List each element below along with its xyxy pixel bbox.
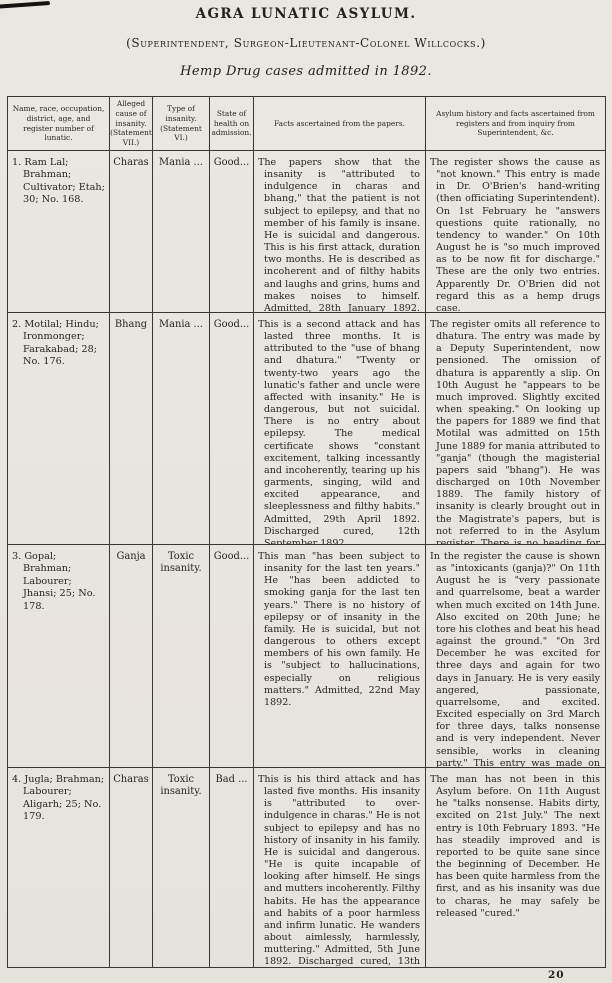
case-4-name: 4. Jugla; Brahman; Labourer; Aligarh; 25…: [8, 768, 110, 967]
case-1-health: Good...: [210, 151, 254, 313]
case-1-cause: Charas: [110, 151, 153, 313]
case-1-history: The register shows the cause as "not kno…: [426, 151, 605, 313]
case-4-cause: Charas: [110, 768, 153, 967]
case-3-history: In the register the cause is shown as "i…: [426, 545, 605, 768]
column-header-history: Asylum history and facts ascertained fro…: [426, 97, 605, 151]
column-header-name: Name, race, occupation, district, age, a…: [8, 97, 110, 151]
case-3-facts: This man "has been subject to insanity f…: [254, 545, 426, 768]
column-header-facts: Facts ascertained from the papers.: [254, 97, 426, 151]
page-caption: Hemp Drug cases admitted in 1892.: [0, 64, 612, 79]
case-2-health: Good...: [210, 313, 254, 545]
case-4-history: The man has not been in this Asylum befo…: [426, 768, 605, 967]
case-4-type: Toxic insanity.: [153, 768, 210, 967]
case-2-history: The register omits all reference to dhat…: [426, 313, 605, 545]
cases-table: Name, race, occupation, district, age, a…: [7, 96, 606, 968]
case-4-facts: This is his third attack and has lasted …: [254, 768, 426, 967]
case-1-facts: The papers show that the insanity is "at…: [254, 151, 426, 313]
case-2-facts: This is a second attack and has lasted t…: [254, 313, 426, 545]
column-header-health: State of health on admission.: [210, 97, 254, 151]
case-4-health: Bad ...: [210, 768, 254, 967]
case-2-name: 2. Motilal; Hindu; Ironmonger; Farakabad…: [8, 313, 110, 545]
page-subtitle: (Superintendent, Surgeon-Lieutenant-Colo…: [0, 36, 612, 50]
column-header-type: Type of insanity. (Statement VI.): [153, 97, 210, 151]
page-title: AGRA LUNATIC ASYLUM.: [0, 6, 612, 22]
case-3-type: Toxic insanity.: [153, 545, 210, 768]
case-1-type: Mania ...: [153, 151, 210, 313]
page-number: 20: [548, 969, 565, 981]
case-2-cause: Bhang: [110, 313, 153, 545]
case-2-type: Mania ...: [153, 313, 210, 545]
case-3-cause: Ganja: [110, 545, 153, 768]
case-3-health: Good...: [210, 545, 254, 768]
case-1-name: 1. Ram Lal; Brahman; Cultivator; Etah; 3…: [8, 151, 110, 313]
case-3-name: 3. Gopal; Brahman; Labourer; Jhansi; 25;…: [8, 545, 110, 768]
column-header-cause: Alleged cause of insanity. (Statement VI…: [110, 97, 153, 151]
